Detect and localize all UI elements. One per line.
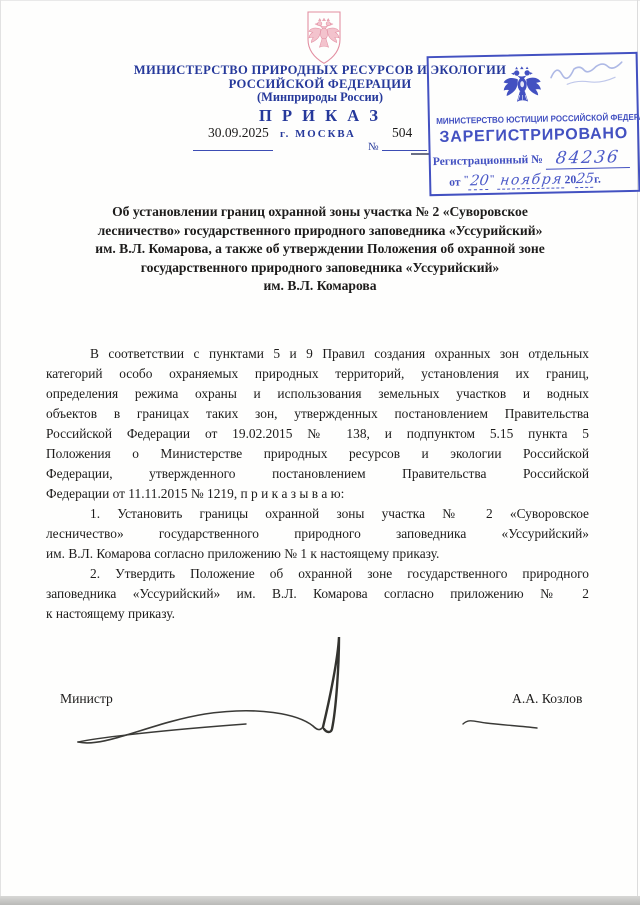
title-line: им. В.Л. Комарова xyxy=(40,277,600,296)
body-line: им. В.Л. Комарова согласно приложению № … xyxy=(46,544,589,564)
body-line: объектов в границах таких зон, утвержден… xyxy=(46,404,589,424)
justice-coat-of-arms-icon xyxy=(501,63,544,108)
body-line: В соответствии с пунктами 5 и 9 Правил с… xyxy=(46,344,589,364)
doc-title: Об установлении границ охранной зоны уча… xyxy=(40,203,600,296)
stamp-date-row: от "20" ноября2025г. xyxy=(449,170,634,191)
page-edge-top xyxy=(0,0,640,1)
stamp-year-unit: г. xyxy=(594,173,601,186)
number-sign: № xyxy=(368,141,379,153)
title-line: государственного природного заповедника … xyxy=(40,259,600,278)
handwritten-note-scribble xyxy=(547,56,633,92)
body-line: Российской Федерации от 19.02.2015 № 138… xyxy=(46,424,589,444)
signature-flourish xyxy=(463,721,537,728)
title-line: им. В.Л. Комарова, а также об утверждени… xyxy=(40,240,600,259)
doc-body: В соответствии с пунктами 5 и 9 Правил с… xyxy=(46,344,589,624)
title-line: Об установлении границ охранной зоны уча… xyxy=(40,203,600,222)
stamp-year-handwritten: 25 xyxy=(575,171,595,188)
stamp-month-handwritten: ноября xyxy=(497,171,566,189)
body-line: определения режима охраны и использовани… xyxy=(46,384,589,404)
stamp-registered-text: ЗАРЕГИСТРИРОВАНО xyxy=(430,125,637,147)
page-edge-bottom xyxy=(0,896,640,905)
stamp-from-label: от xyxy=(449,176,461,189)
body-line: Федерации, утвержденного постановлением … xyxy=(46,464,589,484)
body-line: заповедника «Уссурийский» им. В.Л. Комар… xyxy=(46,584,589,604)
order-date: 30.09.2025 xyxy=(208,125,269,141)
page-edge-left xyxy=(0,0,1,905)
scan-artifact-dash xyxy=(411,153,429,155)
reg-number-value-handwritten: 84236 xyxy=(555,147,621,168)
body-line: категорий особо охраняемых природных тер… xyxy=(46,364,589,384)
body-line: Федерации от 11.11.2015 № 1219, п р и к … xyxy=(46,484,589,504)
stamp-ministry-line: МИНИСТЕРСТВО ЮСТИЦИИ РОССИЙСКОЙ ФЕДЕРАЦИ… xyxy=(436,112,631,126)
title-line: лесничество» государственного природного… xyxy=(40,222,600,241)
minister-signature xyxy=(0,620,640,760)
russia-coat-of-arms-icon xyxy=(302,10,346,66)
reg-number-label: Регистрационный № xyxy=(433,153,543,168)
date-underline xyxy=(193,150,273,151)
order-number: 504 xyxy=(392,125,412,141)
stamp-reg-number-row: Регистрационный №84236 xyxy=(433,146,640,172)
body-line: Положения о Министерстве природных ресур… xyxy=(46,444,589,464)
stamp-day-handwritten: 20 xyxy=(468,173,490,190)
number-underline xyxy=(382,150,427,151)
scanned-order-document: МИНИСТЕРСТВО ПРИРОДНЫХ РЕСУРСОВ И ЭКОЛОГ… xyxy=(0,0,640,905)
body-line: лесничество» государственного природного… xyxy=(46,524,589,544)
registration-stamp: МИНИСТЕРСТВО ЮСТИЦИИ РОССИЙСКОЙ ФЕДЕРАЦИ… xyxy=(427,52,640,196)
quote-close: " xyxy=(489,174,495,185)
body-line: 1. Установить границы охранной зоны учас… xyxy=(46,504,589,524)
order-city: г. МОСКВА xyxy=(280,128,356,140)
body-line: 2. Утвердить Положение об охранной зоне … xyxy=(46,564,589,584)
